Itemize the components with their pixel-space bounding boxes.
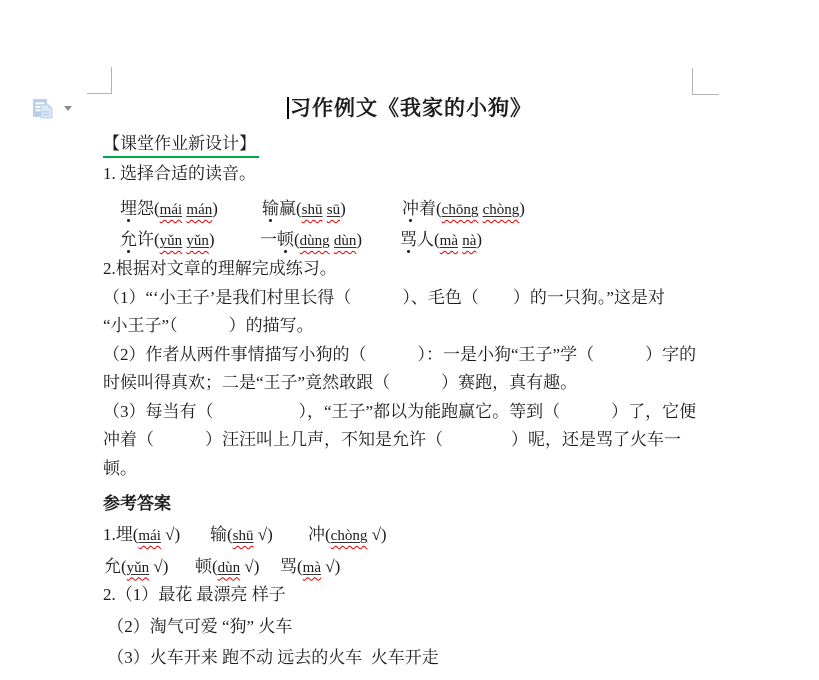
pinyin-text: mán (186, 202, 212, 218)
hanzi-char: 顿 (277, 230, 294, 249)
hanzi-char: 冲 (402, 199, 419, 218)
exercise2-line: 顿。 (103, 457, 137, 481)
answer-pinyin-item: 输(shū √) (210, 520, 273, 545)
choice-word: 允许 (120, 230, 154, 249)
hanzi-char: 怨 (137, 199, 154, 218)
answer-line: （3）火车开来 跑不动 远去的火车 火车开走 (103, 646, 439, 670)
pinyin-text: dùn (334, 233, 357, 249)
pinyin-choice-row: 埋怨(mái mán)输赢(shū sū)冲着(chōng chòng) (103, 194, 743, 220)
pinyin-text: mà (303, 560, 321, 576)
answer-pinyin-item: 骂(mà √) (280, 552, 340, 577)
pinyin-text: chōng (442, 202, 479, 218)
text-boundary-corner-right (692, 68, 719, 95)
page-title-text: 习作例文《我家的小狗》 (290, 96, 532, 120)
page-title: 习作例文《我家的小狗》 (0, 92, 819, 122)
hanzi-char: 骂 (400, 230, 417, 249)
pinyin-text: yǔn (127, 560, 150, 576)
answers-heading: 参考答案 (103, 492, 171, 516)
hanzi-char: 一 (260, 230, 277, 249)
pinyin-text: yǔn (160, 233, 183, 249)
choice-word: 输赢 (262, 199, 296, 218)
pinyin-text: shū (302, 202, 323, 218)
hanzi-char: 许 (137, 230, 154, 249)
pinyin-text: chòng (483, 202, 520, 218)
hanzi-char: 人 (417, 230, 434, 249)
pinyin-choice-item: 骂人(mà nà) (400, 225, 482, 250)
section-heading: 【课堂作业新设计】 (103, 129, 259, 158)
answer-pinyin-item: 顿(dùn √) (195, 552, 259, 577)
pinyin-text: sū (327, 202, 340, 218)
answer-pinyin-item: 1.埋(mái √) (103, 520, 180, 545)
hanzi-char: 允 (120, 230, 137, 249)
pinyin-choice-item: 冲着(chōng chòng) (402, 194, 525, 219)
pinyin-choice-row: 允许(yǔn yǔn)一顿(dùng dùn)骂人(mà nà) (103, 225, 743, 251)
text-cursor (287, 97, 289, 119)
choice-word: 冲着 (402, 199, 436, 218)
hanzi-char: 埋 (120, 199, 137, 218)
pinyin-text: dùng (300, 233, 330, 249)
pinyin-choice-item: 埋怨(mái mán) (120, 194, 218, 219)
choice-word: 骂人 (400, 230, 434, 249)
hanzi-char: 着 (419, 199, 436, 218)
pinyin-text: dùn (218, 560, 241, 576)
choice-word: 一顿 (260, 230, 294, 249)
exercise2-line: （1）“‘小王子’是我们村里长得（ ）、毛色（ ）的一只狗。”这是对 (103, 286, 665, 310)
pinyin-text: mái (138, 528, 161, 544)
pinyin-choice-item: 允许(yǔn yǔn) (120, 225, 215, 250)
pinyin-text: nà (462, 233, 476, 249)
hanzi-char: 赢 (279, 199, 296, 218)
text-boundary-corner-left (87, 67, 112, 94)
pinyin-text: mà (440, 233, 458, 249)
exercise1-prompt: 1. 选择合适的读音。 (103, 162, 256, 186)
answer-pinyin-row: 允(yǔn √)顿(dùn √)骂(mà √) (103, 552, 743, 578)
pinyin-text: chòng (331, 528, 368, 544)
answer-line: 2.（1）最花 最漂亮 样子 (103, 583, 286, 607)
answer-pinyin-item: 允(yǔn √) (104, 552, 168, 577)
exercise2-prompt: 2.根据对文章的理解完成练习。 (103, 257, 337, 281)
pinyin-choice-item: 输赢(shū sū) (262, 194, 346, 219)
hanzi-char: 输 (262, 199, 279, 218)
document-page: 习作例文《我家的小狗》 【课堂作业新设计】 1. 选择合适的读音。 埋怨(mái… (0, 0, 819, 680)
pinyin-text: mái (160, 202, 183, 218)
answer-pinyin-item: 冲(chòng √) (308, 520, 387, 545)
exercise2-line: 时候叫得真欢；二是“王子”竟然敢跟（ ）赛跑，真有趣。 (103, 371, 577, 395)
choice-word: 埋怨 (120, 199, 154, 218)
answer-pinyin-row: 1.埋(mái √)输(shū √)冲(chòng √) (103, 520, 743, 546)
pinyin-text: yǔn (186, 233, 209, 249)
exercise2-line: （3）每当有（ ），“王子”都以为能跑赢它。等到（ ）了，它便 (103, 400, 696, 424)
exercise2-line: “小王子”（ ）的描写。 (103, 314, 314, 338)
exercise2-line: （2）作者从两件事情描写小狗的（ ）：一是小狗“王子”学（ ）字的 (103, 343, 696, 367)
answer-line: （2）淘气可爱 “狗” 火车 (103, 615, 292, 639)
pinyin-choice-item: 一顿(dùng dùn) (260, 225, 362, 250)
pinyin-text: shū (233, 528, 254, 544)
exercise2-line: 冲着（ ）汪汪叫上几声，不知是允许（ ）呢，还是骂了火车一 (103, 428, 681, 452)
